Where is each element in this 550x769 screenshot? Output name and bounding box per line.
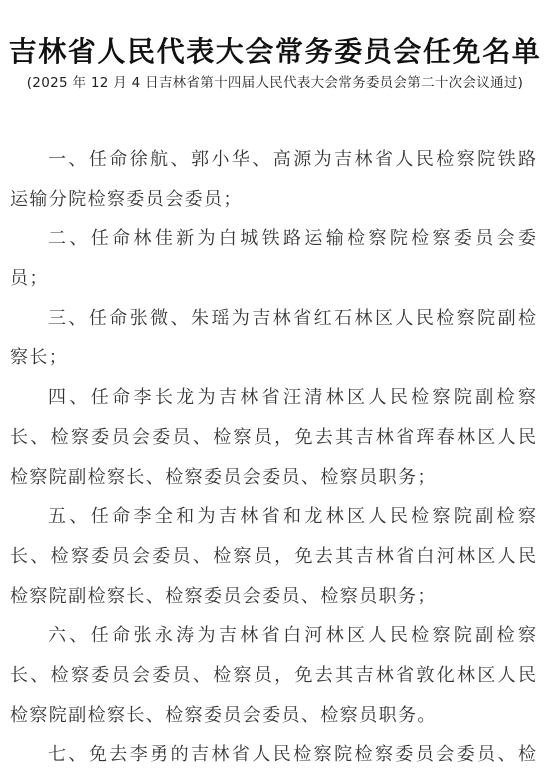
paragraph-line: 员；: [10, 259, 536, 299]
paragraph-line: 一、任命徐航、郭小华、高源为吉林省人民检察院铁路: [10, 140, 536, 180]
paragraph-2: 二、任命林佳新为白城铁路运输检察院检察委员会委 员；: [10, 219, 536, 298]
paragraph-line: 四、任命李长龙为吉林省汪清林区人民检察院副检察: [10, 378, 536, 418]
document-page: 吉林省人民代表大会常务委员会任免名单 (2025 年 12 月 4 日吉林省第十…: [0, 0, 550, 769]
paragraph-line: 检察院副检察长、检察委员会委员、检察员职务；: [10, 458, 536, 498]
paragraph-line: 二、任命林佳新为白城铁路运输检察院检察委员会委: [10, 219, 536, 259]
paragraph-line: 检察院副检察长、检察委员会委员、检察员职务。: [10, 696, 536, 736]
document-subtitle: (2025 年 12 月 4 日吉林省第十四届人民代表大会常务委员会第二十次会议…: [0, 74, 550, 92]
paragraph-3: 三、任命张微、朱瑶为吉林省红石林区人民检察院副检 察长；: [10, 299, 536, 378]
paragraph-4: 四、任命李长龙为吉林省汪清林区人民检察院副检察 长、检察委员会委员、检察员，免去…: [10, 378, 536, 497]
paragraph-7: 七、免去李勇的吉林省人民检察院检察委员会委员、检: [10, 735, 536, 769]
paragraph-5: 五、任命李全和为吉林省和龙林区人民检察院副检察 长、检察委员会委员、检察员，免去…: [10, 497, 536, 616]
paragraph-1: 一、任命徐航、郭小华、高源为吉林省人民检察院铁路 运输分院检察委员会委员；: [10, 140, 536, 219]
paragraph-line: 长、检察委员会委员、检察员，免去其吉林省敦化林区人民: [10, 656, 536, 696]
paragraph-line: 察长；: [10, 338, 536, 378]
document-title: 吉林省人民代表大会常务委员会任免名单: [0, 34, 550, 70]
paragraph-line: 三、任命张微、朱瑶为吉林省红石林区人民检察院副检: [10, 299, 536, 339]
paragraph-line: 七、免去李勇的吉林省人民检察院检察委员会委员、检: [10, 735, 536, 769]
document-body: 一、任命徐航、郭小华、高源为吉林省人民检察院铁路 运输分院检察委员会委员； 二、…: [10, 140, 536, 769]
paragraph-line: 五、任命李全和为吉林省和龙林区人民检察院副检察: [10, 497, 536, 537]
paragraph-line: 长、检察委员会委员、检察员，免去其吉林省珲春林区人民: [10, 418, 536, 458]
paragraph-line: 长、检察委员会委员、检察员，免去其吉林省白河林区人民: [10, 537, 536, 577]
paragraph-line: 运输分院检察委员会委员；: [10, 180, 536, 220]
paragraph-6: 六、任命张永涛为吉林省白河林区人民检察院副检察 长、检察委员会委员、检察员，免去…: [10, 616, 536, 735]
paragraph-line: 检察院副检察长、检察委员会委员、检察员职务；: [10, 577, 536, 617]
paragraph-line: 六、任命张永涛为吉林省白河林区人民检察院副检察: [10, 616, 536, 656]
